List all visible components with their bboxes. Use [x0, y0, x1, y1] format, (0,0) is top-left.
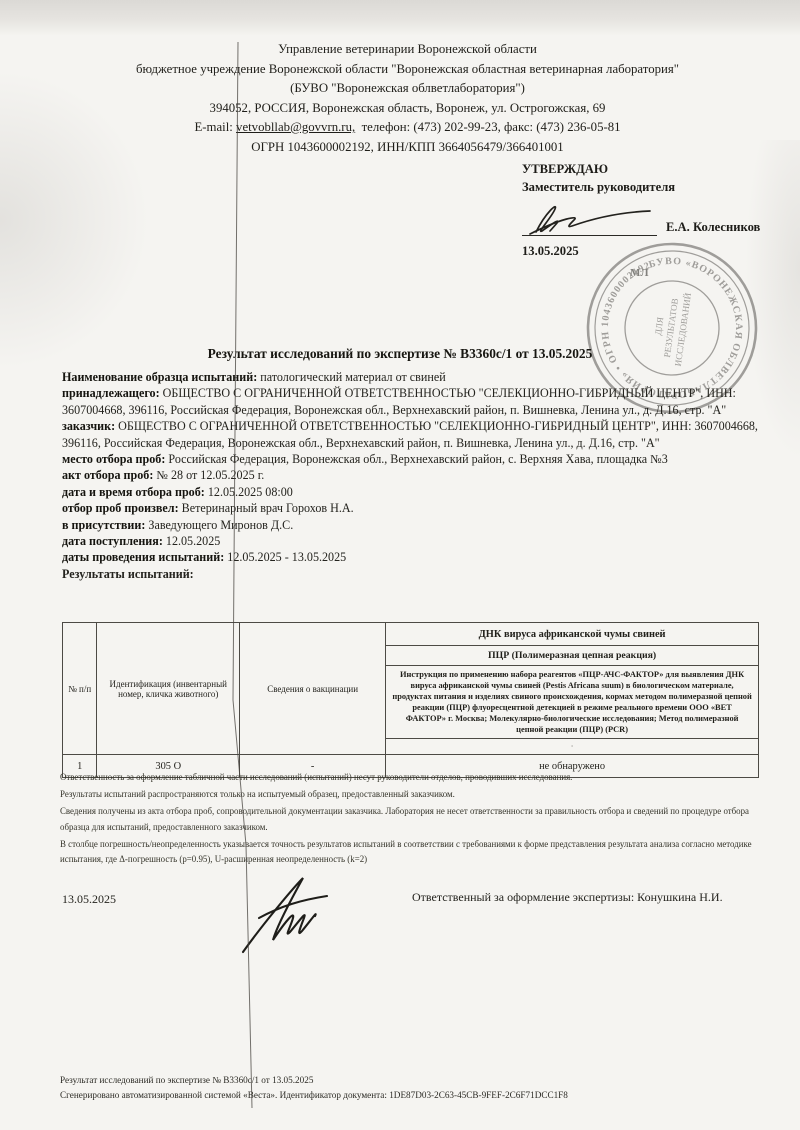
- detail-line: принадлежащего: ОБЩЕСТВО С ОГРАНИЧЕННОЙ …: [62, 385, 774, 418]
- approval-signature-row: Е.А. Колесников: [522, 198, 792, 242]
- detail-value: ОБЩЕСТВО С ОГРАНИЧЕННОЙ ОТВЕТСТВЕННОСТЬЮ…: [62, 386, 736, 416]
- detail-line: в присутствии: Заведующего Миронов Д.С.: [62, 517, 774, 533]
- email-value: vetvobllab@govvrn.ru,: [236, 120, 355, 134]
- footer-generated-by: Сгенерировано автоматизированной системо…: [60, 1088, 780, 1103]
- detail-line: место отбора проб: Российская Федерация,…: [62, 451, 774, 467]
- stamp-ml-mark: МЛ: [630, 267, 649, 279]
- footnote: Результаты испытаний распространяются то…: [60, 787, 774, 803]
- footer-expertise-ref: Результат исследований по экспертизе № В…: [60, 1073, 780, 1088]
- org-short-name: (БУВО "Воронежская облветлаборатория"): [55, 79, 760, 99]
- detail-value: Ветеринарный врач Горохов Н.А.: [182, 501, 354, 515]
- results-heading: Результаты испытаний:: [62, 566, 774, 582]
- phone-fax: телефон: (473) 202-99-23, факс: (473) 23…: [362, 120, 621, 134]
- footnote: В столбце погрешность/неопределенность у…: [60, 837, 774, 868]
- footnotes: Ответственность за оформление табличной …: [60, 770, 774, 870]
- approver-position: Заместитель руководителя: [522, 178, 792, 196]
- detail-line: Наименование образца испытаний: патологи…: [62, 369, 774, 385]
- org-ogrn-inn: ОГРН 1043600002192, ИНН/КПП 3664056479/3…: [55, 138, 760, 158]
- approve-word: УТВЕРЖДАЮ: [522, 160, 792, 178]
- stamp-center-line1: ДЛЯ: [653, 316, 665, 335]
- detail-label: принадлежащего:: [62, 386, 160, 400]
- method-full-cell: Инструкция по применению набора реагенто…: [386, 666, 759, 739]
- system-footer: Результат исследований по экспертизе № В…: [60, 1073, 780, 1102]
- detail-line: дата и время отбора проб: 12.05.2025 08:…: [62, 484, 774, 500]
- thin-row-cell: ·: [386, 739, 759, 755]
- approver-name: Е.А. Колесников: [666, 218, 760, 236]
- signoff-date: 13.05.2025: [62, 892, 116, 907]
- col-header-num: № п/п: [63, 623, 97, 755]
- org-address: 394052, РОССИЯ, Воронежская область, Вор…: [55, 99, 760, 119]
- email-label: E-mail:: [194, 120, 232, 134]
- detail-line: заказчик: ОБЩЕСТВО С ОГРАНИЧЕННОЙ ОТВЕТС…: [62, 418, 774, 451]
- detail-label: даты проведения испытаний:: [62, 550, 224, 564]
- detail-label: отбор проб произвел:: [62, 501, 179, 515]
- letterhead: Управление ветеринарии Воронежской облас…: [55, 40, 760, 157]
- col-header-vaccination: Сведения о вакцинации: [240, 623, 386, 755]
- detail-value: ОБЩЕСТВО С ОГРАНИЧЕННОЙ ОТВЕТСТВЕННОСТЬЮ…: [62, 419, 758, 449]
- detail-line: отбор проб произвел: Ветеринарный врач Г…: [62, 500, 774, 516]
- approver-signature: [522, 198, 657, 238]
- test-name-cell: ДНК вируса африканской чумы свиней: [386, 623, 759, 646]
- table-header-row: № п/п Идентификация (инвентарный номер, …: [63, 623, 759, 646]
- detail-value: 12.05.2025: [166, 534, 220, 548]
- detail-label: Наименование образца испытаний:: [62, 370, 257, 384]
- responsible-signature: [235, 868, 365, 963]
- detail-label: дата поступления:: [62, 534, 163, 548]
- detail-line: дата поступления: 12.05.2025: [62, 533, 774, 549]
- col-header-identification: Идентификация (инвентарный номер, кличка…: [97, 623, 240, 755]
- detail-value: № 28 от 12.05.2025 г.: [156, 468, 264, 482]
- document-title: Результат исследований по экспертизе № В…: [40, 346, 760, 362]
- sample-details: Наименование образца испытаний: патологи…: [62, 369, 774, 582]
- detail-label: дата и время отбора проб:: [62, 485, 205, 499]
- detail-value: Заведующего Миронов Д.С.: [148, 518, 293, 532]
- detail-value: 12.05.2025 - 13.05.2025: [227, 550, 346, 564]
- org-parent: Управление ветеринарии Воронежской облас…: [55, 40, 760, 60]
- detail-label: акт отбора проб:: [62, 468, 153, 482]
- detail-value: Российская Федерация, Воронежская обл., …: [168, 452, 667, 466]
- org-contacts: E-mail: vetvobllab@govvrn.ru, телефон: (…: [55, 118, 760, 138]
- detail-value: патологический материал от свиней: [260, 370, 445, 384]
- signature-underline: [522, 235, 657, 236]
- detail-label: в присутствии:: [62, 518, 145, 532]
- scanned-veterinary-report: { "page": { "header": { "line1": "Управл…: [0, 0, 800, 1130]
- method-short-cell: ПЦР (Полимеразная цепная реакция): [386, 646, 759, 666]
- org-name: бюджетное учреждение Воронежской области…: [55, 60, 760, 80]
- responsible-caption: Ответственный за оформление экспертизы: …: [412, 890, 800, 905]
- scan-top-shade: [0, 0, 800, 36]
- footnote: Ответственность за оформление табличной …: [60, 770, 774, 786]
- detail-label: заказчик:: [62, 419, 115, 433]
- footnote: Сведения получены из акта отбора проб, с…: [60, 804, 774, 835]
- approval-block: УТВЕРЖДАЮ Заместитель руководителя Е.А. …: [522, 160, 792, 260]
- detail-label: место отбора проб:: [62, 452, 165, 466]
- approval-date: 13.05.2025: [522, 242, 792, 260]
- detail-line: акт отбора проб: № 28 от 12.05.2025 г.: [62, 467, 774, 483]
- results-table: № п/п Идентификация (инвентарный номер, …: [62, 622, 759, 778]
- detail-line: даты проведения испытаний: 12.05.2025 - …: [62, 549, 774, 565]
- detail-value: 12.05.2025 08:00: [208, 485, 293, 499]
